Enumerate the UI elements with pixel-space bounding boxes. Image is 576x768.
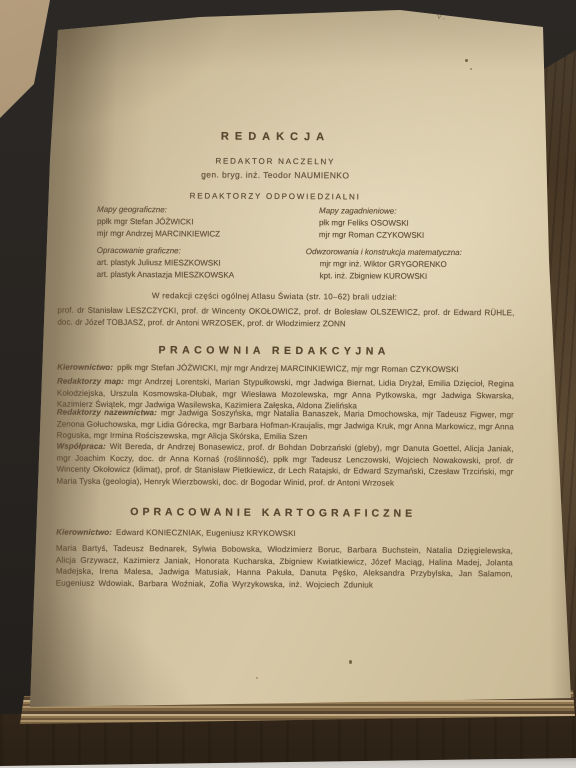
group-name: mjr mgr Andrzej MARCINKIEWICZ (97, 228, 311, 241)
responsible-editors-heading: REDAKTORZY ODPOWIEDZIALNI (35, 190, 515, 202)
group-thematic-maps: Mapy zagadnieniowe: płk mgr Feliks OSOWS… (319, 205, 543, 242)
group-geographic-maps: Mapy geograficzne: ppłk mgr Stefan JÓŻWI… (97, 204, 311, 241)
general-part-intro: W redakcji części ogólnej Atlasu Świata … (35, 290, 515, 302)
paragraph-label: Redaktorzy map: (57, 377, 124, 386)
cartography-management-line: Kierownictwo:Edward KONIECZNIAK, Eugeniu… (56, 527, 513, 541)
book-photo: V. REDAKCJA REDAKTOR NACZELNY gen. bryg.… (0, 0, 576, 768)
paragraph-text: ppłk mgr Stefan JÓŻWICKI, mjr mgr Andrze… (117, 363, 459, 374)
group-projections: Odwzorowania i konstrukcja matematyczna:… (306, 246, 546, 283)
paragraph-text: mgr Andrzej Lorentski, Marian Stypułkows… (57, 377, 514, 411)
paragraph-label: Kierownictwo: (56, 528, 112, 537)
paragraph-label: Kierownictwo: (57, 363, 113, 372)
group-name: mjr mgr Roman CZYKOWSKI (319, 229, 543, 242)
group-name: art. plastyk Anastazja MIESZKOWSKA (97, 269, 311, 282)
editor-in-chief-name: gen. bryg. inż. Teodor NAUMIENKO (35, 168, 515, 181)
editor-in-chief-heading: REDAKTOR NACZELNY (35, 155, 515, 167)
paragraph-text: Wit Bereda, dr Andrzej Bonasewicz, prof.… (56, 442, 513, 488)
group-graphic-design: Opracowanie graficzne: art. plastyk Juli… (97, 245, 311, 282)
nomenclature-editors-paragraph: Redaktorzy nazewnictwa:mgr Jadwiga Soszy… (57, 407, 514, 445)
editorial-management-line: Kierownictwo:ppłk mgr Stefan JÓŻWICKI, m… (57, 362, 514, 376)
paragraph-label: Redaktorzy nazewnictwa: (57, 408, 157, 418)
cartography-heading: OPRACOWANIE KARTOGRAFICZNE (33, 505, 513, 520)
paragraph-label: Współpraca: (57, 442, 106, 451)
printed-content: REDAKCJA REDAKTOR NACZELNY gen. bryg. in… (0, 0, 576, 768)
cartography-staff-paragraph: Maria Bartyś, Tadeusz Bednarek, Sylwia B… (56, 543, 513, 592)
group-name: kpt. inż. Zbigniew KUROWSKI (306, 270, 546, 283)
paragraph-text: Edward KONIECZNIAK, Eugeniusz KRYKOWSKI (116, 528, 296, 538)
collaboration-paragraph: Współpraca:Wit Bereda, dr Andrzej Bonase… (56, 441, 513, 490)
atlas-credits-page: V. REDAKCJA REDAKTOR NACZELNY gen. bryg.… (0, 0, 576, 768)
general-part-names: prof. dr Stanisław LESZCZYCKI, prof. dr … (57, 305, 514, 331)
editorial-office-heading: PRACOWNIA REDAKCYJNA (34, 343, 514, 358)
page-title: REDAKCJA (35, 129, 515, 144)
